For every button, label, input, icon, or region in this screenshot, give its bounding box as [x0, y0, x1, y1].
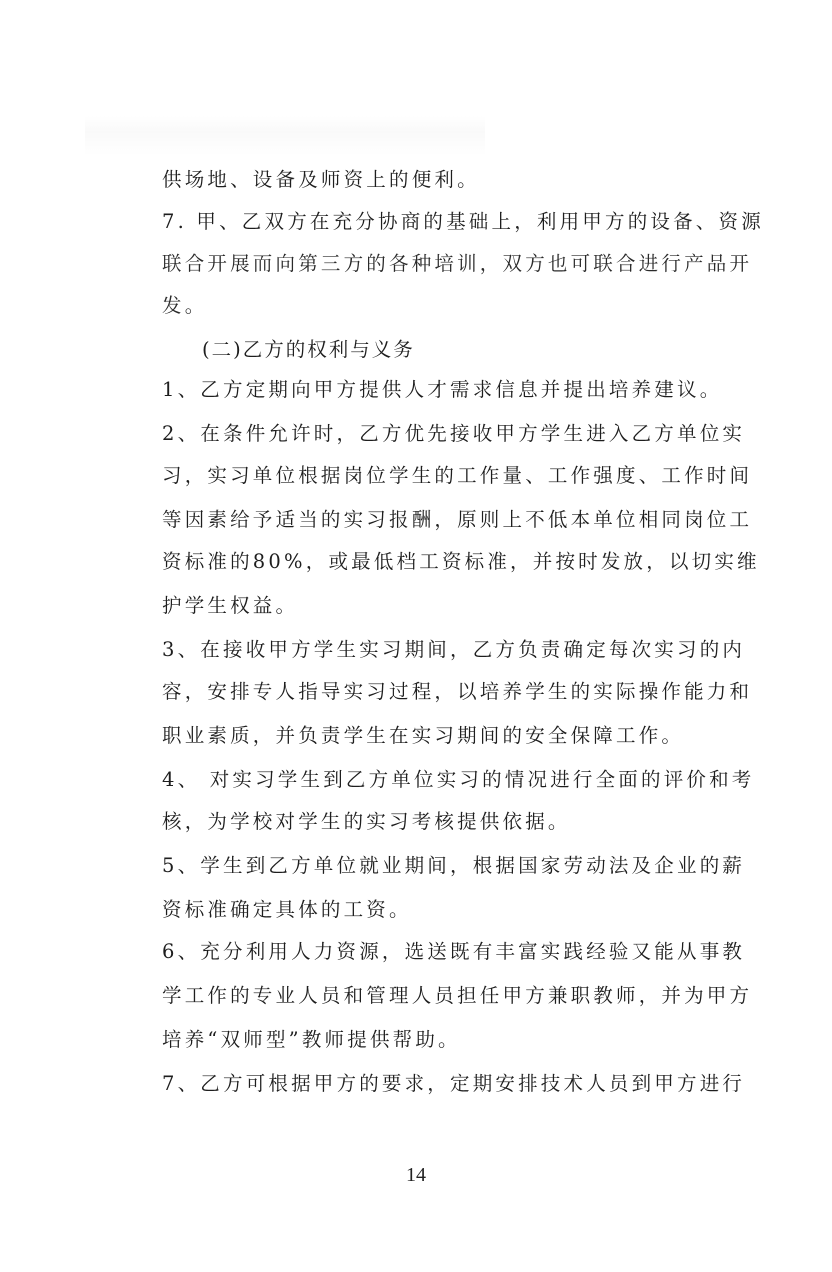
item-7-line-1: 7、乙方可根据甲方的要求，定期安排技术人员到甲方进行 — [162, 1072, 745, 1096]
scan-artifact — [85, 116, 485, 156]
item-6-line-1: 6、充分利用人力资源，选送既有丰富实践经验又能从事教 — [162, 940, 745, 964]
page-number: 14 — [0, 1164, 832, 1187]
item-3-line-1: 3、在接收甲方学生实习期间，乙方负责确定每次实习的内 — [162, 638, 745, 662]
item-4-line-2: 核，为学校对学生的实习考核提供依据。 — [162, 810, 571, 834]
item-1-line-1: 1、乙方定期向甲方提供人才需求信息并提出培养建议。 — [162, 378, 722, 402]
clause-7-line-2: 联合开展而向第三方的各种培训，双方也可联合进行产品开 — [162, 252, 752, 276]
item-2-line-3: 等因素给予适当的实习报酬，原则上不低本单位相同岗位工 — [162, 508, 752, 532]
item-3-line-3: 职业素质，并负责学生在实习期间的安全保障工作。 — [162, 724, 684, 748]
item-5-line-2: 资标准确定具体的工资。 — [162, 898, 412, 922]
section-heading: (二)乙方的权利与义务 — [202, 338, 415, 362]
item-2-line-2: 习，实习单位根据岗位学生的工作量、工作强度、工作时间 — [162, 464, 752, 488]
item-3-line-2: 容，安排专人指导实习过程，以培养学生的实际操作能力和 — [162, 680, 752, 704]
item-2-line-5: 护学生权益。 — [162, 594, 298, 618]
item-4-line-1: 4、 对实习学生到乙方单位实习的情况进行全面的评价和考 — [162, 768, 755, 792]
item-5-line-1: 5、学生到乙方单位就业期间，根据国家劳动法及企业的薪 — [162, 854, 745, 878]
item-2-line-4: 资标准的80%，或最低档工资标准，并按时发放，以切实维 — [162, 550, 760, 574]
text-line: 供场地、设备及师资上的便利。 — [162, 168, 480, 192]
clause-7-line-1: 7. 甲、乙双方在充分协商的基础上，利用甲方的设备、资源 — [162, 210, 764, 234]
item-6-line-2: 学工作的专业人员和管理人员担任甲方兼职教师，并为甲方 — [162, 984, 752, 1008]
clause-7-line-3: 发。 — [162, 294, 207, 318]
item-2-line-1: 2、在条件允许时，乙方优先接收甲方学生进入乙方单位实 — [162, 422, 745, 446]
item-6-line-3: 培养“双师型”教师提供帮助。 — [162, 1028, 461, 1052]
